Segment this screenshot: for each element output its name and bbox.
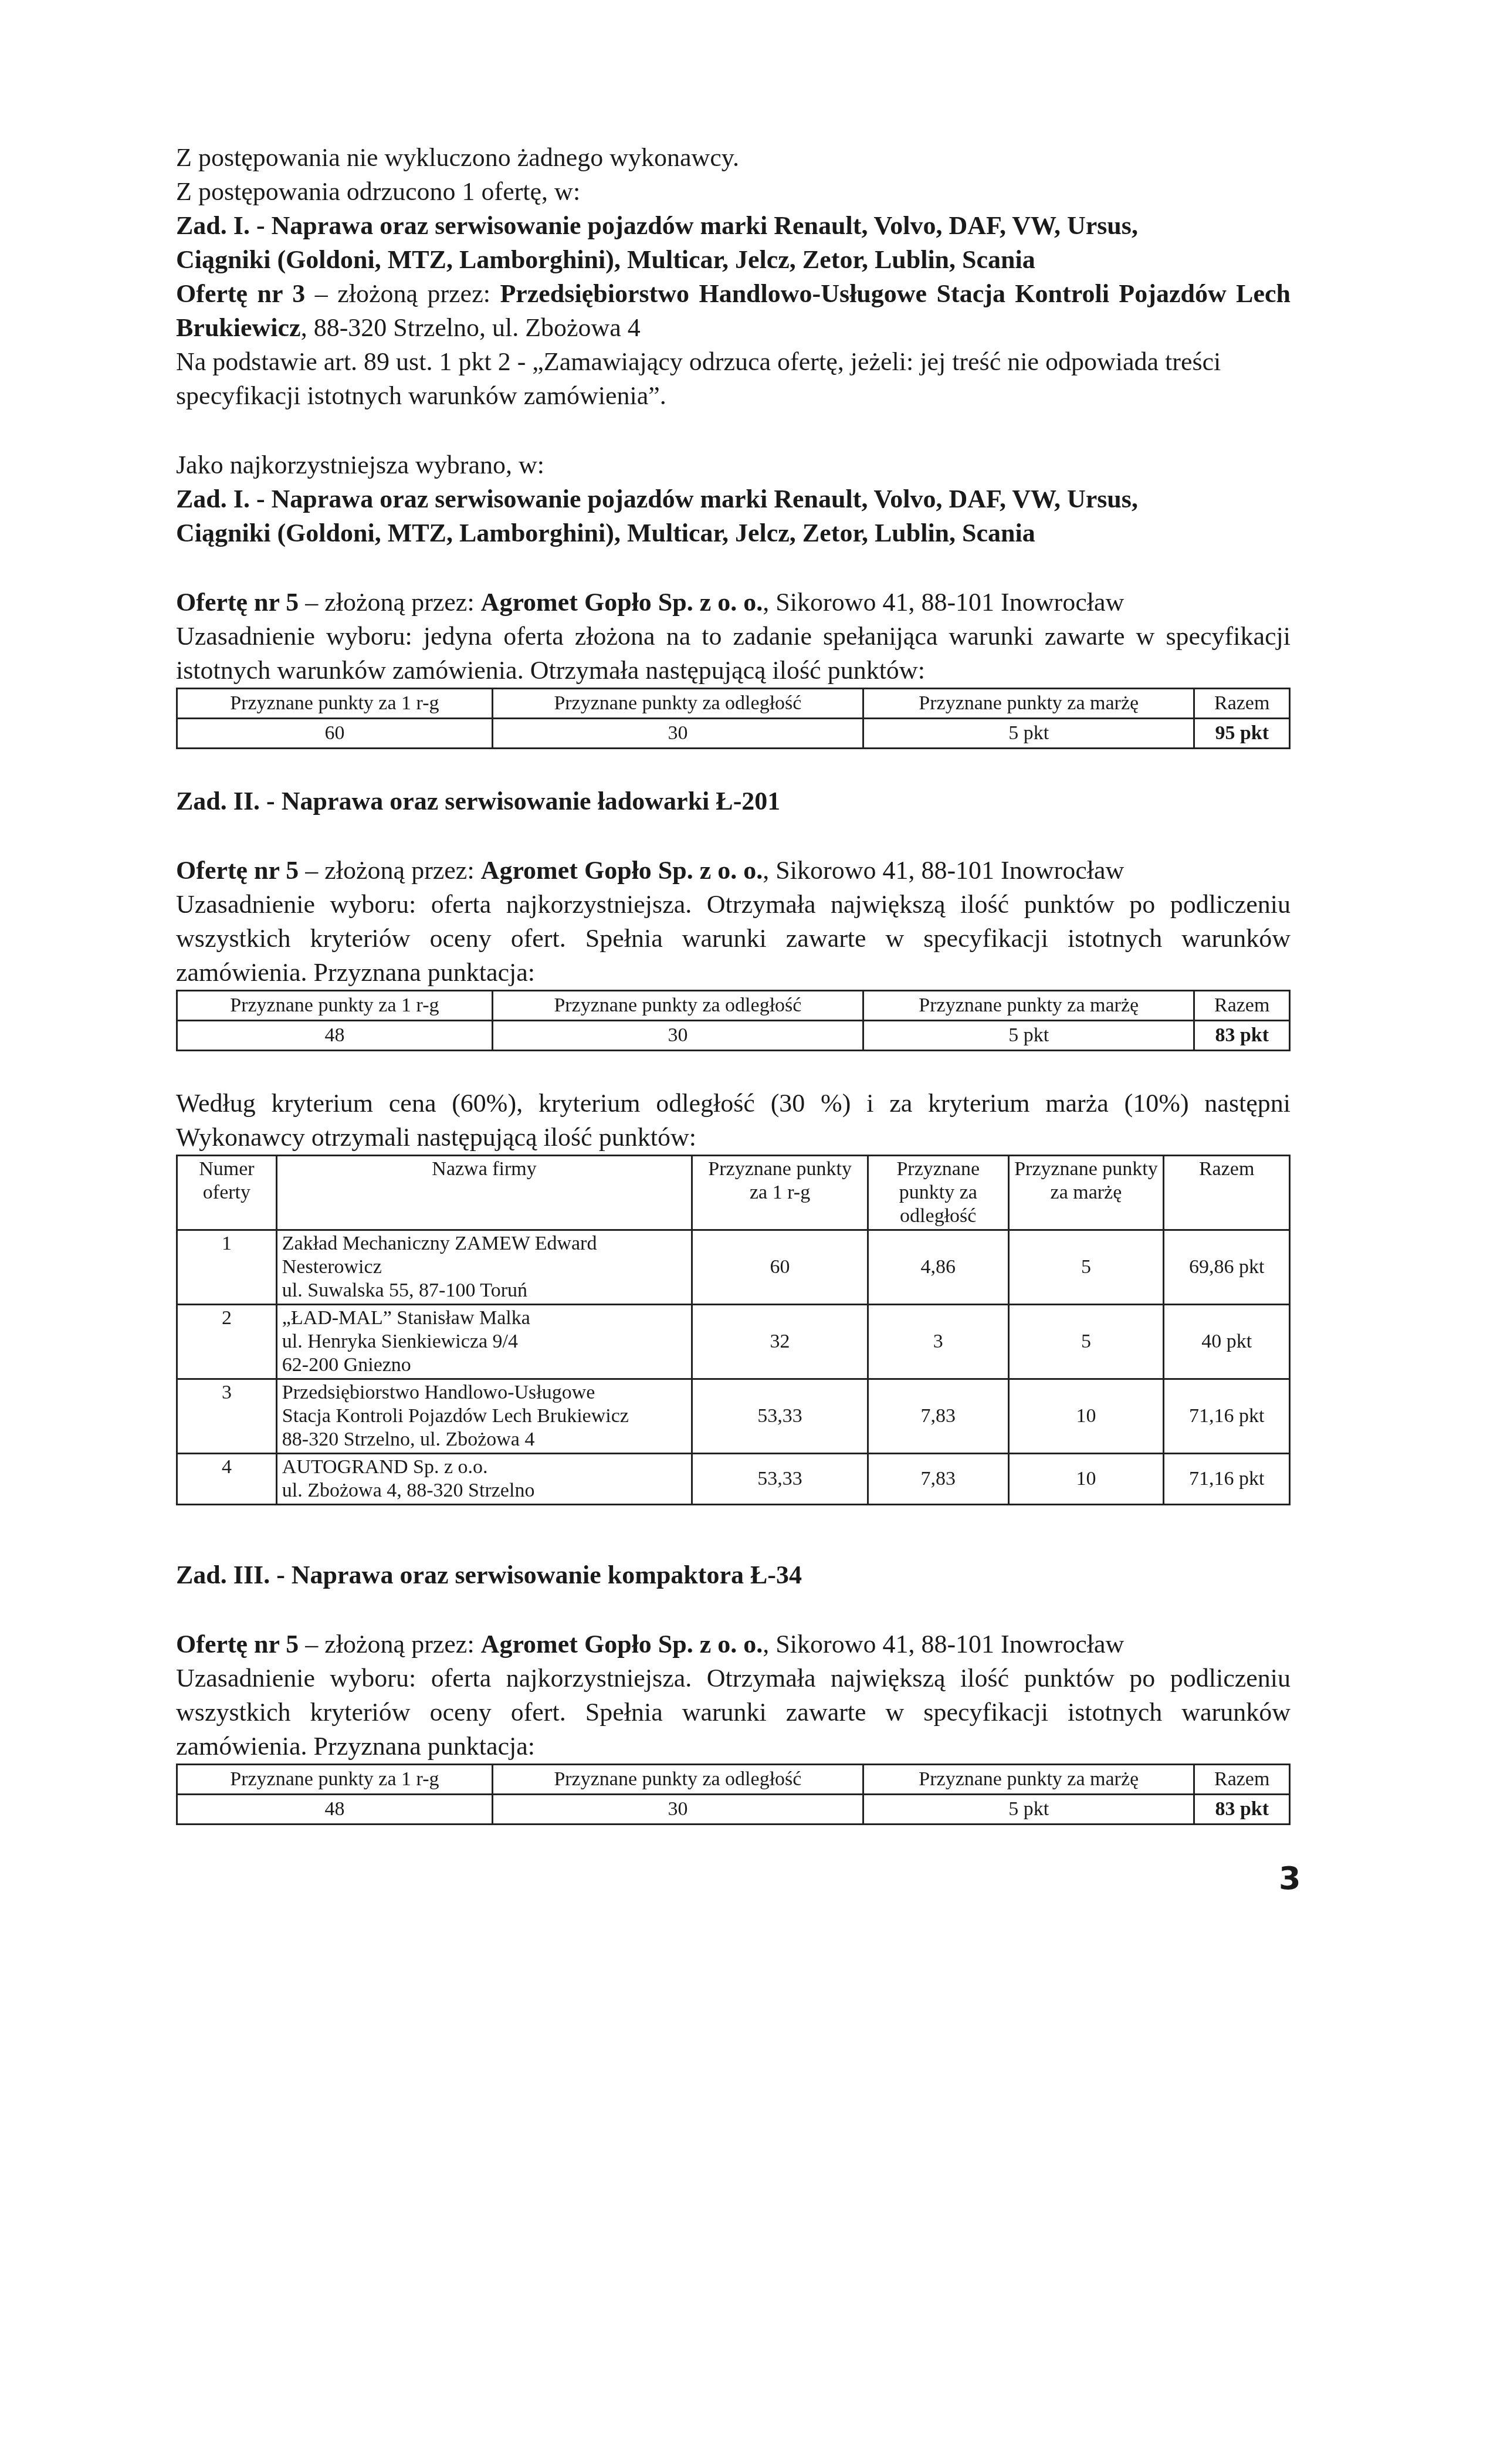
value-cell: 30 — [492, 1795, 863, 1825]
table-row: 48 30 5 pkt 83 pkt — [177, 1795, 1290, 1825]
rejected-offer: Ofertę nr 3 – złożoną przez: Przedsiębio… — [176, 277, 1291, 345]
task3-title: Zad. III. - Naprawa oraz serwisowanie ko… — [176, 1558, 1291, 1592]
value-cell: 60 — [177, 719, 493, 749]
task2-title: Zad. II. - Naprawa oraz serwisowanie ład… — [176, 784, 1291, 818]
rejected-task-title-1: Zad. I. - Naprawa oraz serwisowanie poja… — [176, 209, 1291, 243]
total-cell: 69,86 pkt — [1164, 1230, 1290, 1305]
table-row: 4AUTOGRAND Sp. z o.o.ul. Zbożowa 4, 88-3… — [177, 1454, 1290, 1505]
points-rg-cell: 53,33 — [692, 1379, 868, 1454]
value-cell: 5 pkt — [863, 719, 1194, 749]
points-distance-cell: 7,83 — [868, 1454, 1008, 1505]
company-name-line: Przedsiębiorstwo Handlowo-Usługowe — [282, 1381, 687, 1404]
task1-title-1: Zad. I. - Naprawa oraz serwisowanie poja… — [176, 482, 1291, 516]
value-cell: 48 — [177, 1021, 493, 1051]
company-name-line: „ŁAD-MAL” Stanisław Malka — [282, 1307, 687, 1330]
offer-number-cell: 2 — [177, 1305, 277, 1379]
table-header-row: Przyznane punkty za 1 r-g Przyznane punk… — [177, 689, 1290, 719]
task3-offer-by: – złożoną przez: — [299, 1630, 480, 1659]
document-page: Z postępowania nie wykluczono żadnego wy… — [176, 141, 1291, 1825]
header-cell: Razem — [1194, 689, 1290, 719]
table-row: 48 30 5 pkt 83 pkt — [177, 1021, 1290, 1051]
task2-criteria-text: Według kryterium cena (60%), kryterium o… — [176, 1087, 1291, 1155]
task2-offer-label: Ofertę nr 5 — [176, 856, 299, 885]
task2-score-table: Przyznane punkty za 1 r-g Przyznane punk… — [176, 990, 1291, 1051]
task2-justification: Uzasadnienie wyboru: oferta najkorzystni… — [176, 888, 1291, 990]
points-distance-cell: 3 — [868, 1305, 1008, 1379]
header-cell: Przyznane punkty za marżę — [863, 689, 1194, 719]
header-cell: Przyznane punkty za odległość — [492, 689, 863, 719]
header-total: Razem — [1164, 1156, 1290, 1230]
points-margin-cell: 10 — [1008, 1454, 1164, 1505]
task2-offer: Ofertę nr 5 – złożoną przez: Agromet Gop… — [176, 854, 1291, 888]
task2-offer-by: – złożoną przez: — [299, 856, 480, 885]
header-points-rg: Przyznane punkty za 1 r-g — [692, 1156, 868, 1230]
company-name-cell: Zakład Mechaniczny ZAMEW EdwardNesterowi… — [276, 1230, 692, 1305]
offer-number-cell: 1 — [177, 1230, 277, 1305]
header-cell: Przyznane punkty za 1 r-g — [177, 689, 493, 719]
points-margin-cell: 5 — [1008, 1230, 1164, 1305]
company-name-cell: „ŁAD-MAL” Stanisław Malkaul. Henryka Sie… — [276, 1305, 692, 1379]
task1-offer: Ofertę nr 5 – złożoną przez: Agromet Gop… — [176, 585, 1291, 620]
rejected-offer-address: , 88-320 Strzelno, ul. Zbożowa 4 — [301, 313, 641, 342]
company-name-line: 88-320 Strzelno, ul. Zbożowa 4 — [282, 1428, 687, 1451]
company-name-line: ul. Suwalska 55, 87-100 Toruń — [282, 1279, 687, 1302]
header-company-name: Nazwa firmy — [276, 1156, 692, 1230]
table-header-row: Numer oferty Nazwa firmy Przyznane punkt… — [177, 1156, 1290, 1230]
offer-number-cell: 4 — [177, 1454, 277, 1505]
task1-justification: Uzasadnienie wyboru: jedyna oferta złożo… — [176, 620, 1291, 688]
task2-offer-company: Agromet Gopło Sp. z o. o. — [481, 856, 763, 885]
task1-offer-address: , Sikorowo 41, 88-101 Inowrocław — [763, 588, 1124, 617]
table-row: 1Zakład Mechaniczny ZAMEW EdwardNesterow… — [177, 1230, 1290, 1305]
header-points-margin: Przyznane punkty za marżę — [1008, 1156, 1164, 1230]
company-name-line: Nesterowicz — [282, 1255, 687, 1279]
task3-offer-address: , Sikorowo 41, 88-101 Inowrocław — [763, 1630, 1124, 1659]
page-number: 3 — [1279, 1860, 1301, 1897]
table-header-row: Przyznane punkty za 1 r-g Przyznane punk… — [177, 1765, 1290, 1795]
points-rg-cell: 32 — [692, 1305, 868, 1379]
rejected-reason: Na podstawie art. 89 ust. 1 pkt 2 - „Zam… — [176, 345, 1291, 413]
task3-offer-company: Agromet Gopło Sp. z o. o. — [481, 1630, 763, 1659]
company-name-line: ul. Zbożowa 4, 88-320 Strzelno — [282, 1479, 687, 1502]
company-name-line: 62-200 Gniezno — [282, 1353, 687, 1377]
rejected-offer-label: Ofertę nr 3 — [176, 279, 305, 308]
company-name-line: ul. Henryka Sienkiewicza 9/4 — [282, 1330, 687, 1353]
task3-offer: Ofertę nr 5 – złożoną przez: Agromet Gop… — [176, 1627, 1291, 1661]
total-cell: 71,16 pkt — [1164, 1454, 1290, 1505]
task1-offer-company: Agromet Gopło Sp. z o. o. — [481, 588, 763, 617]
task1-score-table: Przyznane punkty za 1 r-g Przyznane punk… — [176, 688, 1291, 749]
points-rg-cell: 60 — [692, 1230, 868, 1305]
company-name-line: Stacja Kontroli Pojazdów Lech Brukiewicz — [282, 1404, 687, 1428]
header-cell: Przyznane punkty za marżę — [863, 1765, 1194, 1795]
points-rg-cell: 53,33 — [692, 1454, 868, 1505]
company-name-cell: AUTOGRAND Sp. z o.o.ul. Zbożowa 4, 88-32… — [276, 1454, 692, 1505]
value-cell: 30 — [492, 719, 863, 749]
task2-other-offers-table: Numer oferty Nazwa firmy Przyznane punkt… — [176, 1155, 1291, 1505]
header-cell: Przyznane punkty za odległość — [492, 991, 863, 1021]
header-cell: Przyznane punkty za odległość — [492, 1765, 863, 1795]
rejected-offer-by: – złożoną przez: — [305, 279, 500, 308]
points-margin-cell: 5 — [1008, 1305, 1164, 1379]
intro-no-exclusions: Z postępowania nie wykluczono żadnego wy… — [176, 141, 1291, 175]
total-cell: 83 pkt — [1194, 1021, 1290, 1051]
header-cell: Razem — [1194, 991, 1290, 1021]
points-margin-cell: 10 — [1008, 1379, 1164, 1454]
rejected-task-title-2: Ciągniki (Goldoni, MTZ, Lamborghini), Mu… — [176, 243, 1291, 277]
total-cell: 71,16 pkt — [1164, 1379, 1290, 1454]
task3-offer-label: Ofertę nr 5 — [176, 1630, 299, 1659]
task1-offer-label: Ofertę nr 5 — [176, 588, 299, 617]
total-cell: 83 pkt — [1194, 1795, 1290, 1825]
total-cell: 95 pkt — [1194, 719, 1290, 749]
total-cell: 40 pkt — [1164, 1305, 1290, 1379]
table-row: 60 30 5 pkt 95 pkt — [177, 719, 1290, 749]
points-distance-cell: 4,86 — [868, 1230, 1008, 1305]
table-row: 2„ŁAD-MAL” Stanisław Malkaul. Henryka Si… — [177, 1305, 1290, 1379]
header-points-distance: Przyznane punkty za odległość — [868, 1156, 1008, 1230]
header-cell: Razem — [1194, 1765, 1290, 1795]
intro-rejected-count: Z postępowania odrzucono 1 ofertę, w: — [176, 175, 1291, 209]
header-cell: Przyznane punkty za 1 r-g — [177, 1765, 493, 1795]
table-row: 3Przedsiębiorstwo Handlowo-UsługoweStacj… — [177, 1379, 1290, 1454]
task3-justification: Uzasadnienie wyboru: oferta najkorzystni… — [176, 1661, 1291, 1764]
value-cell: 48 — [177, 1795, 493, 1825]
header-cell: Przyznane punkty za marżę — [863, 991, 1194, 1021]
task1-offer-by: – złożoną przez: — [299, 588, 480, 617]
company-name-line: Zakład Mechaniczny ZAMEW Edward — [282, 1232, 687, 1255]
value-cell: 30 — [492, 1021, 863, 1051]
task3-score-table: Przyznane punkty za 1 r-g Przyznane punk… — [176, 1764, 1291, 1825]
task2-offer-address: , Sikorowo 41, 88-101 Inowrocław — [763, 856, 1124, 885]
header-cell: Przyznane punkty za 1 r-g — [177, 991, 493, 1021]
value-cell: 5 pkt — [863, 1795, 1194, 1825]
selected-intro: Jako najkorzystniejsza wybrano, w: — [176, 448, 1291, 482]
offer-number-cell: 3 — [177, 1379, 277, 1454]
header-offer-number: Numer oferty — [177, 1156, 277, 1230]
company-name-line: AUTOGRAND Sp. z o.o. — [282, 1456, 687, 1479]
points-distance-cell: 7,83 — [868, 1379, 1008, 1454]
company-name-cell: Przedsiębiorstwo Handlowo-UsługoweStacja… — [276, 1379, 692, 1454]
value-cell: 5 pkt — [863, 1021, 1194, 1051]
task1-title-2: Ciągniki (Goldoni, MTZ, Lamborghini), Mu… — [176, 516, 1291, 550]
table-header-row: Przyznane punkty za 1 r-g Przyznane punk… — [177, 991, 1290, 1021]
